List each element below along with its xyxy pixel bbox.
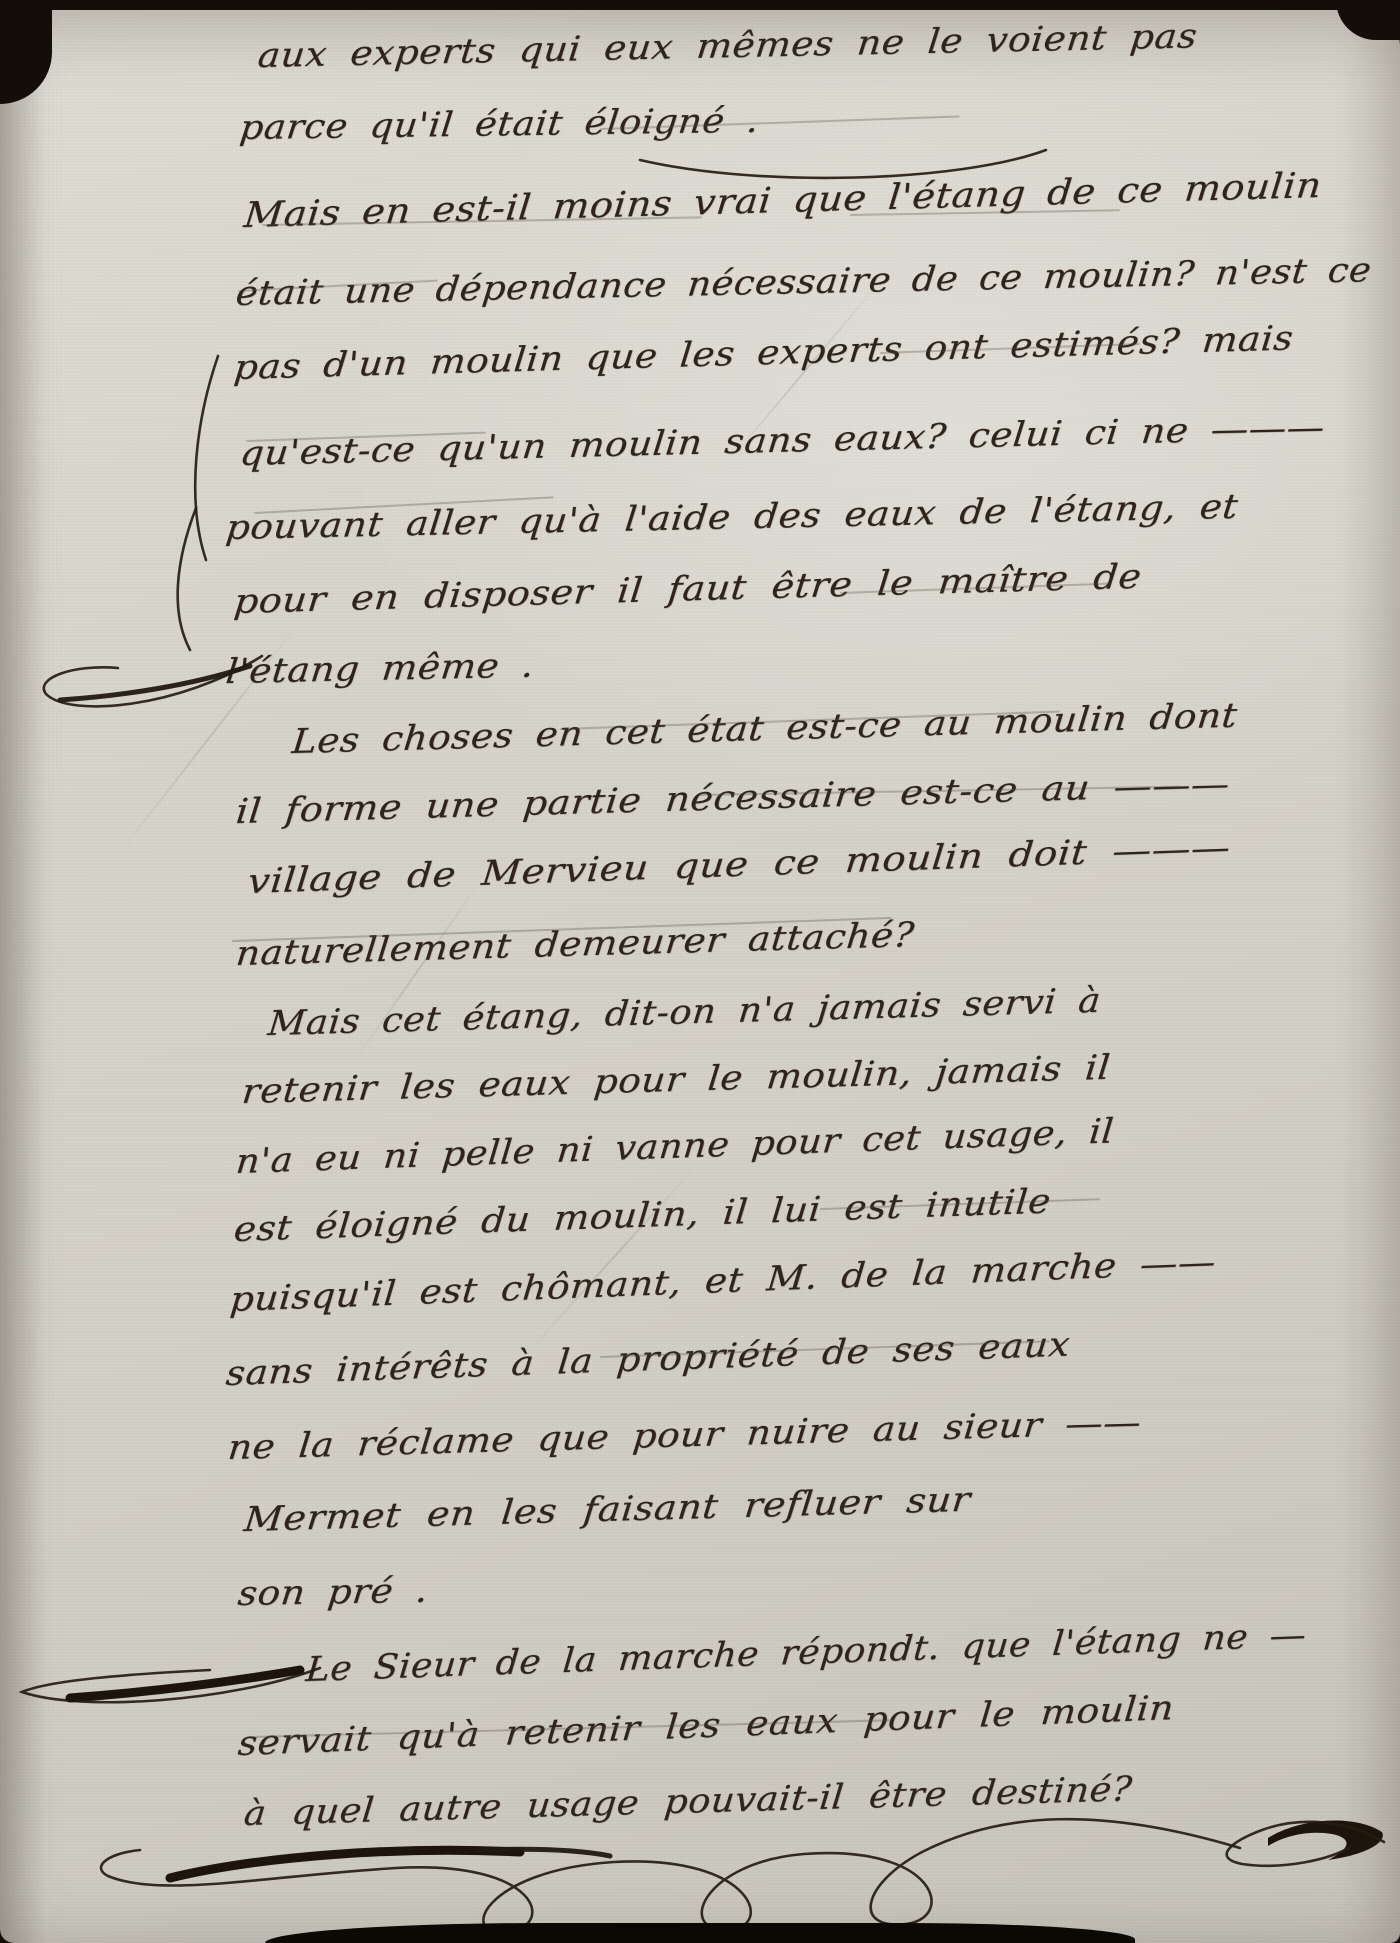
manuscript-line: retenir les eaux pour le moulin, jamais … <box>240 1048 1112 1112</box>
manuscript-line: Mais en est-il moins vrai que l'étang de… <box>242 166 1323 236</box>
photo-background: aux experts qui eux mêmes ne le voient p… <box>0 0 1400 1943</box>
manuscript-line: à quel autre usage pouvait-il être desti… <box>242 1769 1134 1834</box>
manuscript-line: il forme une partie nécessaire est-ce au… <box>234 764 1232 832</box>
page-edge-shadow <box>265 1923 1135 1943</box>
manuscript-page: aux experts qui eux mêmes ne le voient p… <box>0 6 1400 1943</box>
photo-top-edge <box>0 0 1400 10</box>
manuscript-line: Le Sieur de la marche répondt. que l'éta… <box>304 1615 1308 1690</box>
manuscript-line: pour en disposer il faut être le maître … <box>232 557 1143 622</box>
manuscript-line: sans intérêts à la propriété de ses eaux <box>224 1324 1072 1394</box>
manuscript-line: qu'est-ce qu'un moulin sans eaux? celui … <box>238 407 1327 474</box>
manuscript-line: ne la réclame que pour nuire au sieur —— <box>226 1402 1143 1468</box>
manuscript-line: l'étang même . <box>224 646 536 693</box>
manuscript-line: naturellement demeurer attaché? <box>234 915 916 974</box>
manuscript-line: n'a eu ni pelle ni vanne pour cet usage,… <box>234 1111 1115 1182</box>
manuscript-line: Mais cet étang, dit-on n'a jamais servi … <box>266 981 1103 1044</box>
manuscript-line: Les choses en cet état est-ce au moulin … <box>290 696 1239 763</box>
manuscript-line: pas d'un moulin que les experts ont esti… <box>232 318 1295 388</box>
manuscript-line: Mermet en les faisant refluer sur <box>242 1480 972 1540</box>
manuscript-line: aux experts qui eux mêmes ne le voient p… <box>256 16 1199 76</box>
manuscript-line: pouvant aller qu'à l'aide des eaux de l'… <box>224 487 1240 548</box>
manuscript-line: est éloigné du moulin, il lui est inutil… <box>232 1181 1052 1250</box>
manuscript-line: village de Mervieu que ce moulin doit ——… <box>246 828 1232 902</box>
manuscript-line: puisqu'il est chômant, et M. de la march… <box>228 1242 1217 1320</box>
manuscript-line: son pré . <box>236 1571 430 1614</box>
